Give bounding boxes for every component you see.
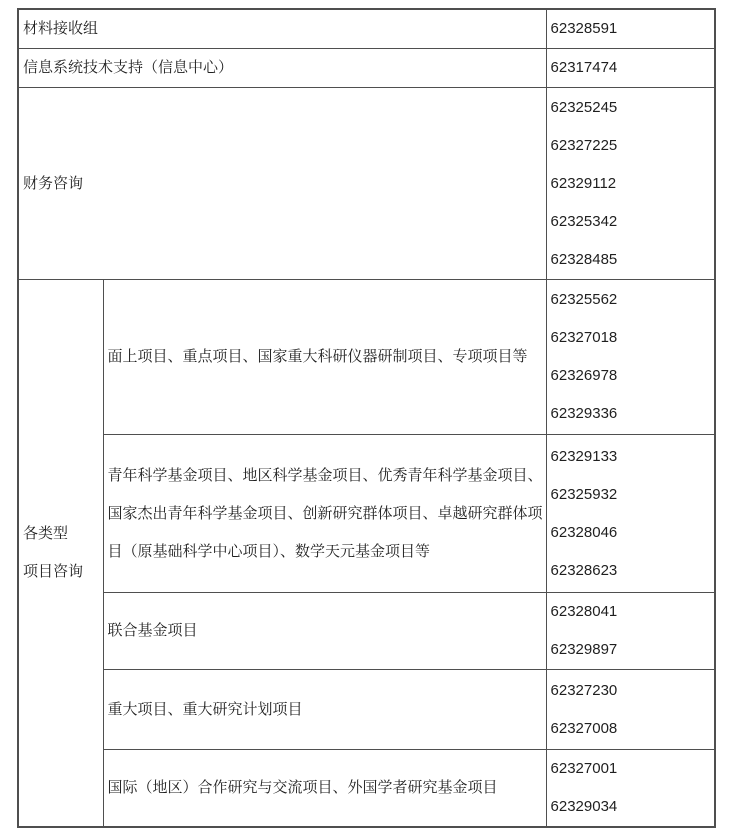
- project-type-label: 面上项目、重点项目、国家重大科研仪器研制项目、专项项目等: [108, 348, 528, 365]
- project-consulting-group-cell: 各类型 项目咨询: [18, 280, 103, 828]
- project-type-label: 重大项目、重大研究计划项目: [108, 701, 303, 718]
- table-row-general-projects: 各类型 项目咨询 面上项目、重点项目、国家重大科研仪器研制项目、专项项目等 62…: [18, 280, 715, 435]
- project-type-cell: 重大项目、重大研究计划项目: [103, 670, 546, 750]
- phone-number: 62329897: [551, 631, 712, 669]
- table-row-material-receiving: 材料接收组 62328591: [18, 9, 715, 49]
- project-type-cell: 青年科学基金项目、地区科学基金项目、优秀青年科学基金项目、国家杰出青年科学基金项…: [103, 435, 546, 593]
- group-label: 各类型 项目咨询: [23, 515, 100, 591]
- table-row-finance-consulting: 财务咨询 62325245 62327225 62329112 62325342…: [18, 88, 715, 280]
- project-type-cell: 面上项目、重点项目、国家重大科研仪器研制项目、专项项目等: [103, 280, 546, 435]
- table-row-youth-science-fund: 青年科学基金项目、地区科学基金项目、优秀青年科学基金项目、国家杰出青年科学基金项…: [18, 435, 715, 593]
- phone-cell: 62327001 62329034: [546, 750, 715, 828]
- phone-number: 62328041: [551, 593, 712, 631]
- contact-phone-table: 材料接收组 62328591 信息系统技术支持（信息中心） 62317474 财…: [17, 8, 716, 828]
- phone-cell: 62327230 62327008: [546, 670, 715, 750]
- phone-number: 62325562: [551, 281, 712, 319]
- department-label: 财务咨询: [23, 175, 83, 192]
- project-type-label: 国际（地区）合作研究与交流项目、外国学者研究基金项目: [108, 779, 498, 796]
- project-type-cell: 国际（地区）合作研究与交流项目、外国学者研究基金项目: [103, 750, 546, 828]
- table-row-international-cooperation: 国际（地区）合作研究与交流项目、外国学者研究基金项目 62327001 6232…: [18, 750, 715, 828]
- phone-number: 62328046: [551, 514, 712, 552]
- department-cell: 信息系统技术支持（信息中心）: [18, 49, 546, 88]
- phone-cell: 62325562 62327018 62326978 62329336: [546, 280, 715, 435]
- phone-cell: 62329133 62325932 62328046 62328623: [546, 435, 715, 593]
- phone-number: 62329112: [551, 165, 712, 203]
- phone-number: 62327008: [551, 710, 712, 748]
- phone-number: 62327230: [551, 672, 712, 710]
- phone-number: 62327225: [551, 127, 712, 165]
- phone-number: 62327001: [551, 750, 712, 788]
- department-label: 信息系统技术支持（信息中心）: [23, 59, 233, 76]
- phone-cell: 62328041 62329897: [546, 593, 715, 670]
- table-row-joint-fund: 联合基金项目 62328041 62329897: [18, 593, 715, 670]
- phone-number: 62325342: [551, 203, 712, 241]
- phone-number: 62329336: [551, 395, 712, 433]
- contact-table-page: 材料接收组 62328591 信息系统技术支持（信息中心） 62317474 财…: [17, 8, 716, 828]
- department-cell: 财务咨询: [18, 88, 546, 280]
- phone-number: 62328623: [551, 552, 712, 590]
- phone-number: 62325245: [551, 89, 712, 127]
- project-type-label: 联合基金项目: [108, 622, 198, 639]
- phone-cell: 62328591: [546, 9, 715, 49]
- department-cell: 材料接收组: [18, 9, 546, 49]
- phone-number: 62325932: [551, 476, 712, 514]
- project-type-cell: 联合基金项目: [103, 593, 546, 670]
- phone-cell: 62317474: [546, 49, 715, 88]
- phone-cell: 62325245 62327225 62329112 62325342 6232…: [546, 88, 715, 280]
- phone-number: 62329034: [551, 788, 712, 826]
- table-row-major-projects: 重大项目、重大研究计划项目 62327230 62327008: [18, 670, 715, 750]
- phone-number: 62328485: [551, 241, 712, 279]
- phone-number: 62328591: [551, 10, 712, 48]
- table-row-it-support: 信息系统技术支持（信息中心） 62317474: [18, 49, 715, 88]
- project-type-label: 青年科学基金项目、地区科学基金项目、优秀青年科学基金项目、国家杰出青年科学基金项…: [108, 467, 543, 560]
- phone-number: 62327018: [551, 319, 712, 357]
- phone-number: 62329133: [551, 438, 712, 476]
- phone-number: 62317474: [551, 49, 712, 87]
- department-label: 材料接收组: [23, 20, 98, 37]
- phone-number: 62326978: [551, 357, 712, 395]
